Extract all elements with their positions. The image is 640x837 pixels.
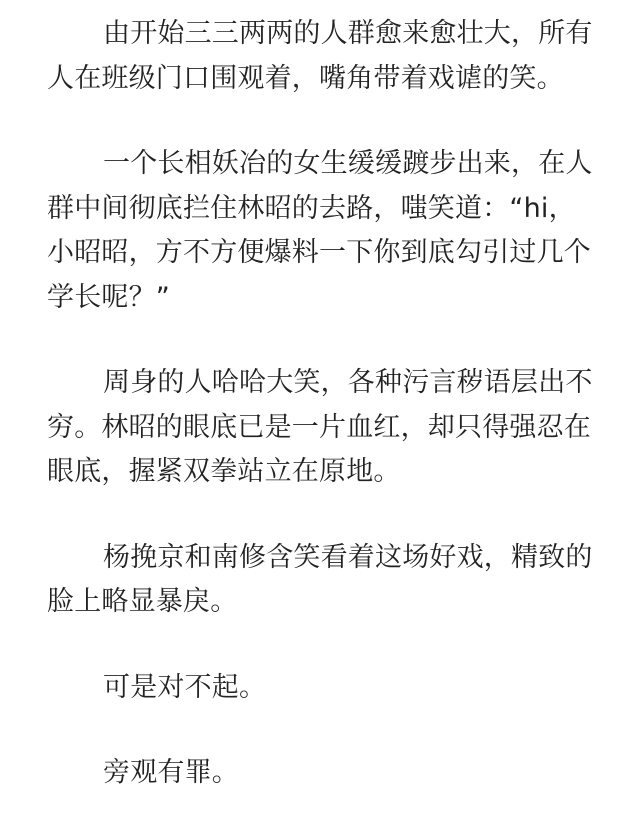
paragraph-2: 一个长相妖冶的女生缓缓踱步出来，在人群中间彻底拦住林昭的去路，嗤笑道：“hi，小… [47, 142, 597, 320]
paragraph-5: 可是对不起。 [47, 666, 597, 711]
paragraph-6: 旁观有罪。 [47, 751, 597, 796]
article-body: 由开始三三两两的人群愈来愈壮大，所有人在班级门口围观着，嘴角带着戏谑的笑。 一个… [47, 12, 597, 837]
paragraph-4: 杨挽京和南修含笑看着这场好戏，精致的脸上略显暴戾。 [47, 536, 597, 625]
paragraph-3: 周身的人哈哈大笑，各种污言秽语层出不穷。林昭的眼底已是一片血红，却只得强忍在眼底… [47, 361, 597, 495]
paragraph-1: 由开始三三两两的人群愈来愈壮大，所有人在班级门口围观着，嘴角带着戏谑的笑。 [47, 12, 597, 101]
